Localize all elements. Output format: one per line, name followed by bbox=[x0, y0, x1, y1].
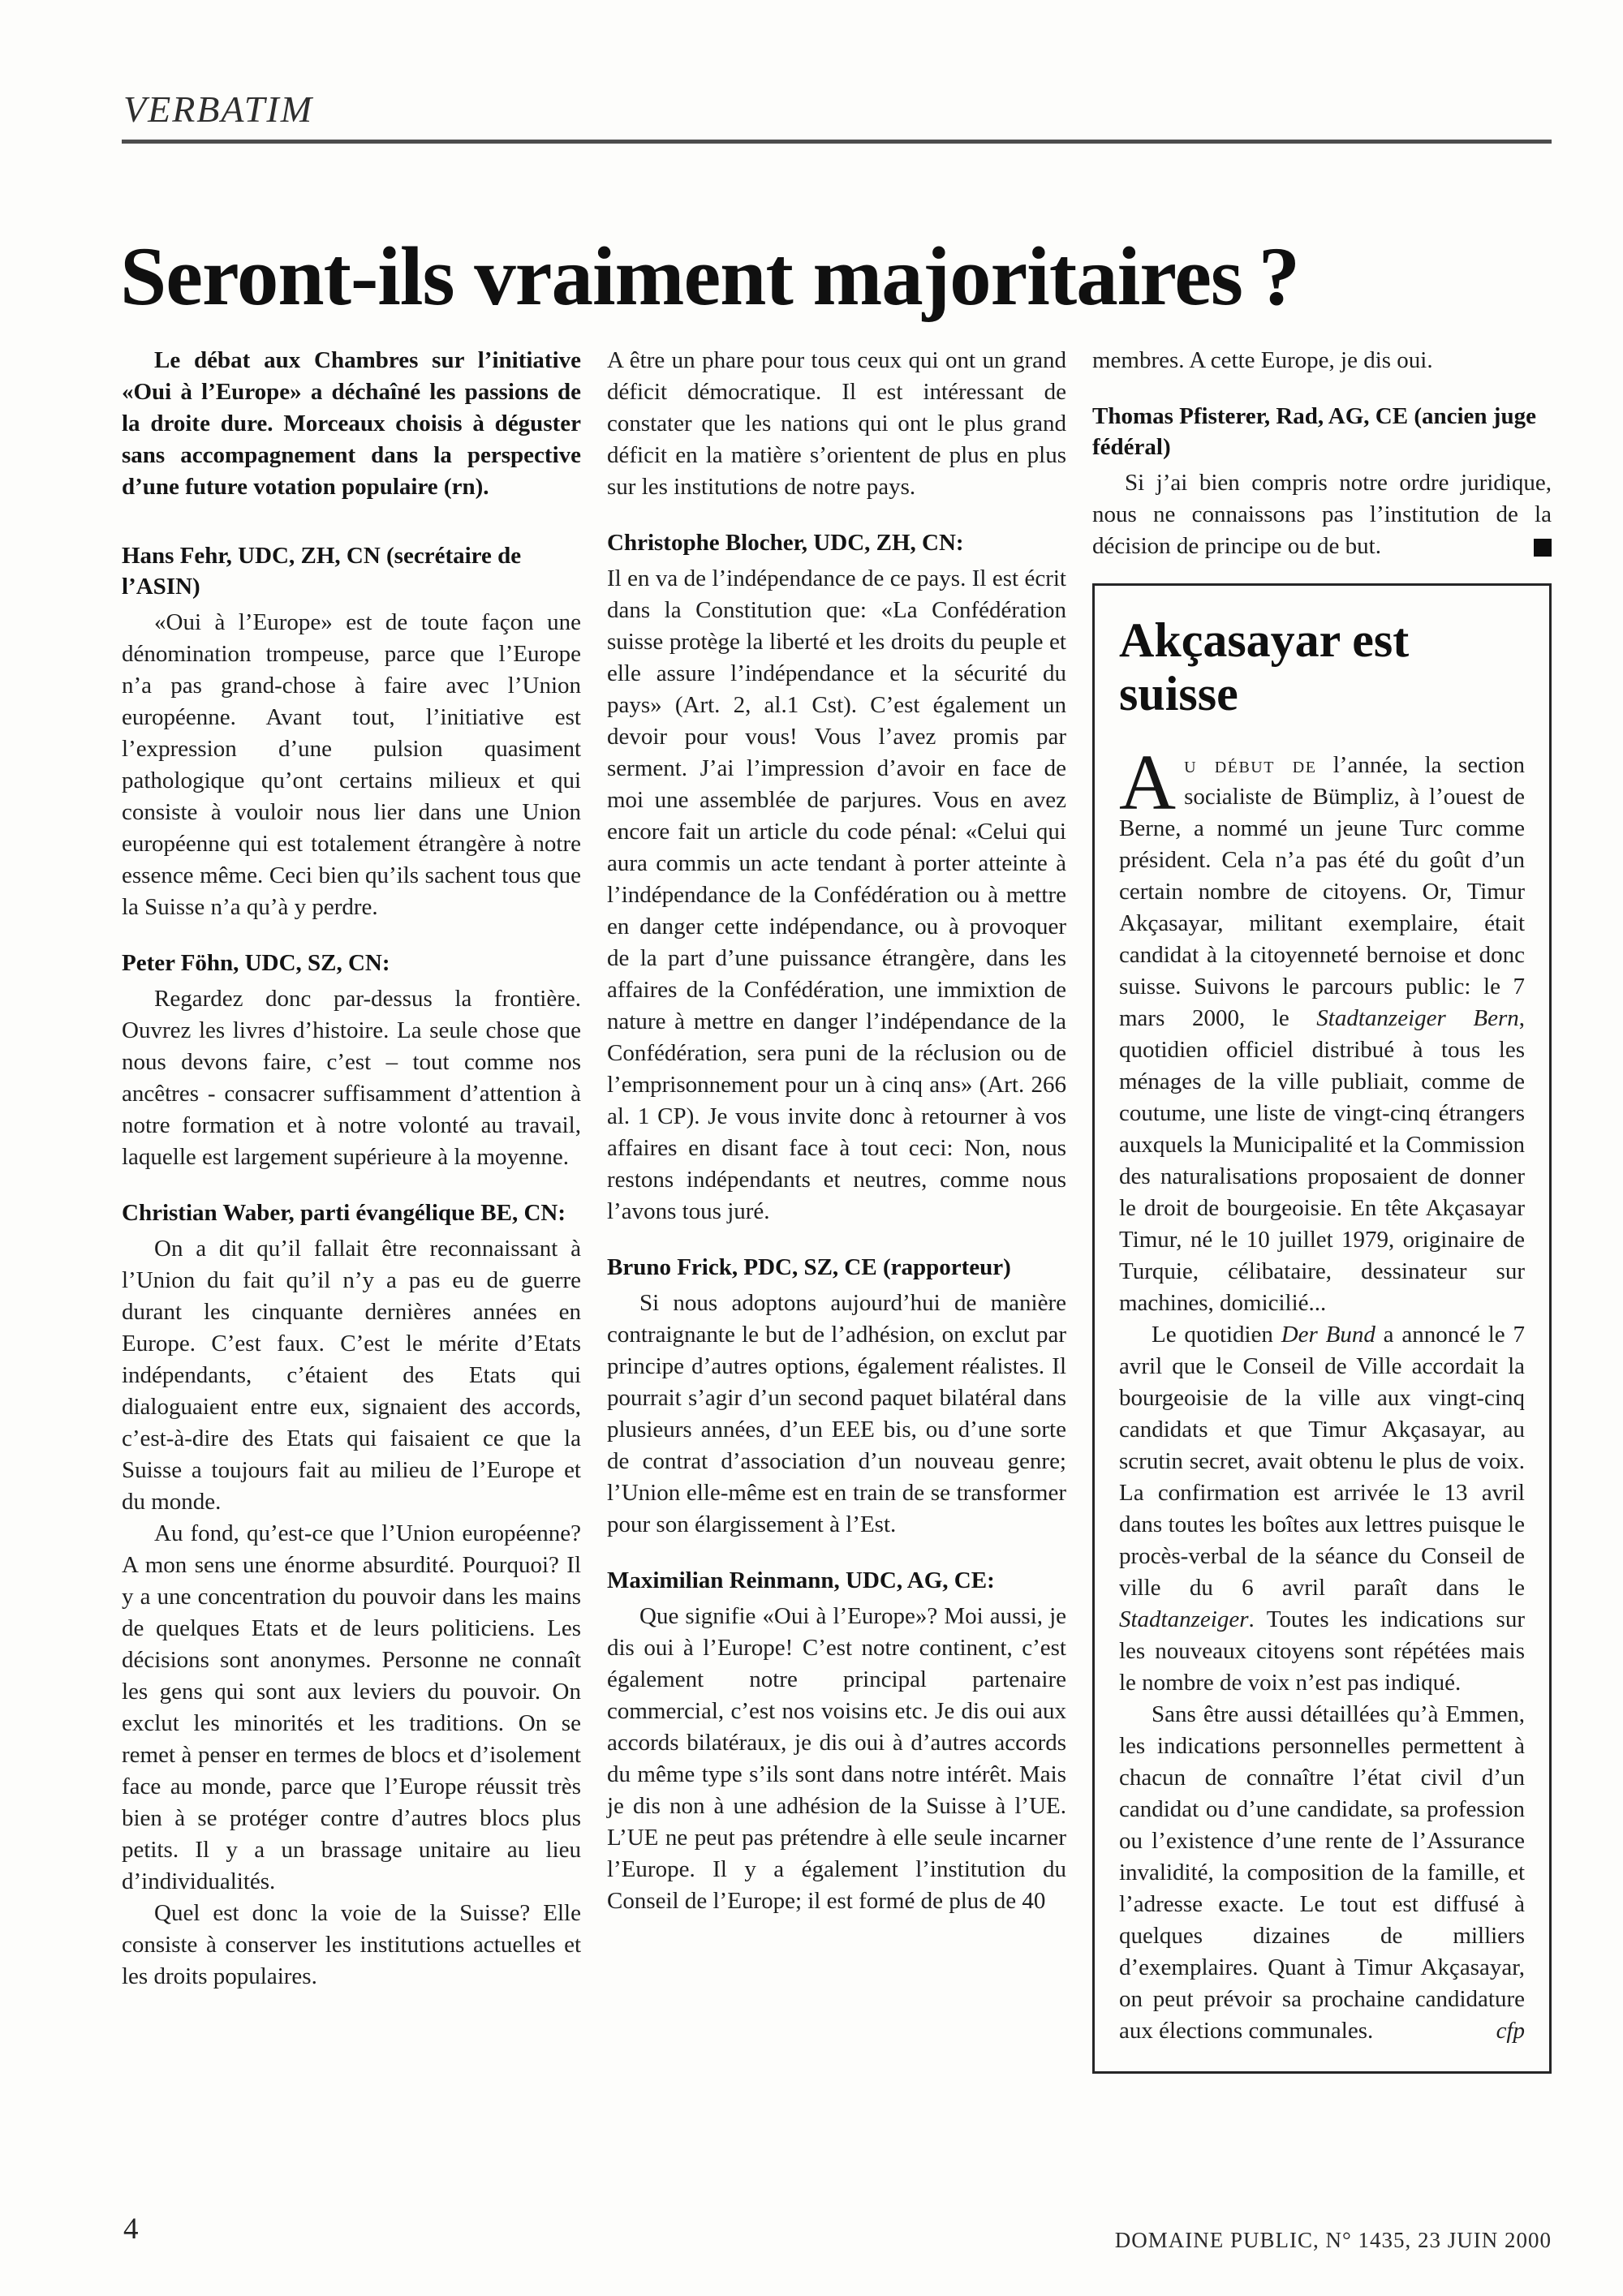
column-2: A être un phare pour tous ceux qui ont u… bbox=[607, 345, 1066, 1917]
body-paragraph: Au fond, qu’est-ce que l’Union européenn… bbox=[122, 1518, 581, 1898]
speaker-heading: Christophe Blocher, UDC, ZH, CN: bbox=[607, 527, 1066, 558]
header-rule bbox=[122, 140, 1552, 144]
body-paragraph: Que signifie «Oui à l’Europe»? Moi aussi… bbox=[607, 1601, 1066, 1917]
drop-cap: A bbox=[1119, 750, 1184, 813]
body-paragraph: On a dit qu’il fallait être reconnaissan… bbox=[122, 1233, 581, 1518]
sidebar-box-body: Au début de l’année, la section socialis… bbox=[1119, 750, 1525, 2047]
signature: cfp bbox=[1464, 2015, 1525, 2047]
article-columns: Le débat aux Chambres sur l’initiative «… bbox=[122, 345, 1552, 2074]
small-caps-lead: u début de bbox=[1184, 752, 1316, 778]
speaker-heading: Peter Föhn, UDC, SZ, CN: bbox=[122, 948, 581, 978]
article-title: Seront-ils vraiment majoritaires ? bbox=[120, 233, 1552, 320]
body-paragraph: Si nous adoptons aujourd’hui de manière … bbox=[607, 1288, 1066, 1541]
sidebar-box-title: Akçasayar est suisse bbox=[1119, 613, 1525, 720]
body-paragraph: «Oui à l’Europe» est de toute façon une … bbox=[122, 607, 581, 923]
body-paragraph: Regardez donc par-dessus la frontière. O… bbox=[122, 983, 581, 1173]
column-3: membres. A cette Europe, je dis oui.Thom… bbox=[1092, 345, 1552, 2074]
end-of-article-marker bbox=[1534, 539, 1552, 557]
italic-publication-name: Stadtanzeiger bbox=[1119, 1606, 1249, 1632]
body-paragraph: Il en va de l’indépendance de ce pays. I… bbox=[607, 563, 1066, 1228]
body-paragraph: Si j’ai bien compris notre ordre juridiq… bbox=[1092, 467, 1552, 562]
footer-issue-line: DOMAINE PUBLIC, N° 1435, 23 JUIN 2000 bbox=[1115, 2228, 1552, 2253]
footer-page-number: 4 bbox=[123, 2212, 139, 2247]
speaker-heading: Bruno Frick, PDC, SZ, CE (rapporteur) bbox=[607, 1252, 1066, 1283]
speaker-heading: Maximilian Reinmann, UDC, AG, CE: bbox=[607, 1565, 1066, 1596]
italic-publication-name: Der Bund bbox=[1281, 1322, 1375, 1348]
sidebar-box: Akçasayar est suisseAu début de l’année,… bbox=[1092, 583, 1552, 2074]
sidebar-paragraph: Sans être aussi détaillées qu’à Emmen, l… bbox=[1119, 1699, 1525, 2047]
speaker-heading: Christian Waber, parti évangélique BE, C… bbox=[122, 1197, 581, 1228]
body-paragraph: membres. A cette Europe, je dis oui. bbox=[1092, 345, 1552, 376]
sidebar-paragraph: Au début de l’année, la section socialis… bbox=[1119, 750, 1525, 1319]
column-1: Le débat aux Chambres sur l’initiative «… bbox=[122, 345, 581, 1993]
intro-paragraph: Le débat aux Chambres sur l’initiative «… bbox=[122, 345, 581, 503]
section-kicker: VERBATIM bbox=[123, 88, 313, 131]
sidebar-paragraph: Le quotidien Der Bund a annoncé le 7 avr… bbox=[1119, 1319, 1525, 1699]
body-paragraph: Quel est donc la voie de la Suisse? Elle… bbox=[122, 1898, 581, 1993]
italic-publication-name: Stadtanzeiger Bern bbox=[1316, 1005, 1518, 1031]
speaker-heading: Thomas Pfisterer, Rad, AG, CE (ancien ju… bbox=[1092, 401, 1552, 462]
speaker-heading: Hans Fehr, UDC, ZH, CN (secrétaire de l’… bbox=[122, 540, 581, 602]
scanned-newsletter-page: VERBATIM Seront-ils vraiment majoritaire… bbox=[0, 0, 1623, 2296]
body-paragraph: A être un phare pour tous ceux qui ont u… bbox=[607, 345, 1066, 503]
